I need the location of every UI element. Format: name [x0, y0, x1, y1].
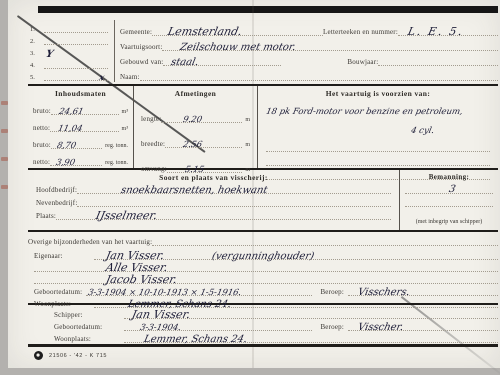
measure-field: 24,61 — [51, 101, 119, 115]
list-item: 3. Y — [30, 46, 108, 57]
list-number: 4. — [30, 62, 44, 69]
identity-fields: Gemeente: Lemsterland. Letterteeken en n… — [115, 20, 498, 82]
beroep-field: Visscher. — [348, 319, 498, 331]
geboortedatum-label: Geboortedatum: — [54, 323, 124, 331]
measure-field: 2.56 — [165, 132, 242, 148]
measure-value: 24,61 — [58, 107, 84, 117]
measure-row: lengte: 9.20 m — [141, 108, 250, 123]
dotted-line — [266, 138, 490, 152]
print-code: 21506 - '42 - K 715 — [49, 353, 107, 359]
nevenbedrijf-label: Nevenbedrijf: — [36, 199, 77, 207]
measure-row: bruto: 24,61 m³ — [33, 102, 128, 115]
naam-row: Naam: — [120, 67, 498, 81]
naam-field — [140, 66, 498, 81]
geboortedatum-field: 3-3-1904. — [124, 319, 312, 331]
measure-field: 9.20 — [161, 107, 242, 123]
gebouwd-van-field: staal. — [163, 51, 281, 66]
owner-row-1: Eigenaar: Jan Visser. (vergunninghouder) — [34, 249, 498, 260]
dotted-line — [44, 57, 108, 69]
geboortedatum-field: 3-3-1904 × 10-10-1913 × 1-5-1916. — [86, 284, 312, 296]
measure-field: 3,90 — [50, 152, 102, 166]
measure-label: netto: — [33, 124, 50, 132]
afmetingen-title: Afmetingen — [141, 89, 250, 98]
crew-column: Bemanning: 3 (met inbegrip van schipper) — [400, 170, 498, 230]
measure-label: netto: — [33, 158, 50, 166]
geboortedatum-label: Geboortedatum: — [34, 288, 82, 296]
paper-sheet: 1. 2. 3. Y 4. 5. — [8, 0, 500, 368]
gebouwd-row: Gebouwd van: staal. Bouwjaar: — [120, 52, 498, 66]
red-scan-mark — [1, 129, 8, 133]
scan-top-bar — [38, 6, 498, 13]
gemeente-label: Gemeente: — [120, 28, 152, 36]
measure-value: 8,70 — [56, 141, 77, 151]
dotted-line — [405, 194, 493, 207]
nevenbedrijf-row: Nevenbedrijf: — [36, 195, 391, 207]
skipper-residence-row: Woonplaats: Lemmer, Schans 24. — [54, 332, 498, 343]
plaats-value: IJsselmeer. — [95, 209, 159, 222]
eigenaar-field: Alle Visser. — [34, 260, 498, 272]
measure-field: 8,70 — [51, 135, 102, 149]
owner-section: Eigenaar: Jan Visser. (vergunninghouder)… — [28, 247, 498, 305]
measure-unit: reg. tonn. — [105, 160, 128, 166]
beroep-field: Visschers. — [348, 284, 498, 296]
printer-mark-icon — [34, 351, 43, 360]
measure-unit: reg. tonn. — [105, 143, 128, 149]
skipper-section: Schipper: Jan Visser. Geboortedatum: 3-3… — [28, 305, 498, 347]
dotted-line — [44, 21, 108, 33]
measure-row: breedte: 2.56 m — [141, 133, 250, 148]
list-number: 5. — [30, 74, 44, 81]
other-particulars-row: Overige bijzonderheden van het vaartuig: — [28, 236, 498, 246]
afmetingen-column: Afmetingen lengte: 9.20 m breedte: 2.56 … — [134, 86, 258, 168]
bemanning-note: (met inbegrip van schipper) — [400, 219, 498, 225]
equipment-line1: 18 pk Ford-motor voor benzine en petrole… — [265, 107, 464, 117]
vaartuigsoort-field: Zeilschouw met motor. — [162, 36, 498, 51]
bemanning-value: 3 — [448, 184, 457, 195]
bouwjaar-label: Bouwjaar: — [347, 58, 378, 66]
overige-label: Overige bijzonderheden van het vaartuig: — [28, 238, 152, 246]
fishery-section: Soort en plaats van visscherij: Hoofdbed… — [28, 170, 498, 232]
owner-birthdate-row: Geboortedatum: 3-3-1904 × 10-10-1913 × 1… — [34, 285, 498, 296]
list-item: 2. — [30, 34, 108, 45]
measure-label: bruto: — [33, 107, 51, 115]
hoofdbedrijf-label: Hoofdbedrijf: — [36, 186, 77, 194]
measure-label: breedte: — [141, 140, 165, 148]
eigenaar-field: Jacob Visser. — [34, 272, 498, 284]
measure-value: 11,04 — [57, 124, 83, 134]
letterteeken-field: L. E. 5. — [398, 21, 498, 36]
list-item: 4. — [30, 58, 108, 69]
schipper-label: Schipper: — [54, 311, 124, 319]
skipper-row: Schipper: Jan Visser. — [54, 308, 498, 319]
gemeente-row: Gemeente: Lemsterland. Letterteeken en n… — [120, 22, 498, 36]
vaartuigsoort-label: Vaartuigsoort: — [120, 43, 162, 51]
nevenbedrijf-field — [77, 194, 391, 207]
measure-label: bruto: — [33, 141, 51, 149]
naam-label: Naam: — [120, 73, 140, 81]
overige-field — [152, 235, 498, 246]
equipment-line2: 4 cyl. — [410, 126, 435, 136]
dotted-line — [44, 33, 108, 45]
plaats-row: Plaats: IJsselmeer. — [36, 208, 391, 220]
dotted-line — [266, 152, 490, 166]
eigenaar-label: Eigenaar: — [34, 252, 94, 260]
beroep-label: Beroep: — [320, 288, 344, 296]
skipper-birthdate-row: Geboortedatum: 3-3-1904. Beroep: Vissche… — [54, 320, 498, 331]
measure-value: 9.20 — [182, 115, 203, 125]
fishery-column: Soort en plaats van visscherij: Hoofdbed… — [28, 170, 400, 230]
measure-value: 3,90 — [55, 158, 76, 168]
equipment-title: Het vaartuig is voorzien van: — [264, 89, 492, 98]
plaats-label: Plaats: — [36, 212, 56, 220]
list-item: 5. x — [30, 70, 108, 81]
bouwjaar-field — [378, 51, 498, 66]
inhoudsmaten-column: Inhoudsmaten bruto: 24,61 m³ netto: 11,0… — [28, 86, 134, 168]
bemanning-label: Bemanning: — [405, 173, 493, 181]
measure-row: bruto: 8,70 reg. tonn. — [33, 136, 128, 149]
red-scan-mark — [1, 185, 8, 189]
numbered-list: 1. 2. 3. Y 4. 5. — [28, 20, 115, 82]
footer: 21506 - '42 - K 715 — [34, 351, 107, 360]
measure-row: netto: 11,04 m³ — [33, 119, 128, 132]
plaats-field: IJsselmeer. — [56, 207, 391, 220]
owner-row-3: Jacob Visser. — [34, 273, 498, 284]
handwritten-mark-x: x — [98, 73, 105, 83]
beroep-label: Beroep: — [320, 323, 344, 331]
scanned-registration-card: 1. 2. 3. Y 4. 5. — [0, 0, 500, 375]
hoofdbedrijf-field: snoekbaarsnetten, hoekwant — [77, 181, 391, 194]
measure-unit: m — [245, 142, 250, 148]
red-scan-mark — [1, 157, 8, 161]
list-number: 3. — [30, 50, 44, 57]
gemeente-field: Lemsterland. — [152, 21, 323, 36]
schipper-field: Jan Visser. — [124, 307, 498, 319]
letterteeken-label: Letterteeken en nummer: — [323, 28, 398, 36]
eigenaar-field: Jan Visser. (vergunninghouder) — [94, 248, 498, 260]
woonplaats-label: Woonplaats: — [54, 335, 124, 343]
dotted-line: Y — [44, 46, 108, 57]
vaartuigsoort-row: Vaartuigsoort: Zeilschouw met motor. — [120, 37, 498, 51]
hoofdbedrijf-row: Hoofdbedrijf: snoekbaarsnetten, hoekwant — [36, 182, 391, 194]
measure-unit: m³ — [122, 109, 128, 115]
measure-label: lengte: — [141, 115, 161, 123]
inhoudsmaten-title: Inhoudsmaten — [33, 89, 128, 98]
measure-unit: m³ — [122, 126, 128, 132]
gebouwd-van-label: Gebouwd van: — [120, 58, 163, 66]
owner-row-2: Alle Visser. — [34, 261, 498, 272]
measure-unit: m — [245, 117, 250, 123]
dotted-line: x — [44, 69, 108, 81]
woonplaats-value: Lemmer, Schans 24. — [143, 334, 248, 345]
header-section: 1. 2. 3. Y 4. 5. — [28, 20, 498, 82]
woonplaats-field: Lemmer, Schans 24. — [124, 331, 498, 343]
list-number: 2. — [30, 38, 44, 45]
measure-field: 11,04 — [50, 118, 118, 132]
measure-row: netto: 3,90 reg. tonn. — [33, 153, 128, 166]
equipment-column: Het vaartuig is voorzien van: 18 pk Ford… — [258, 86, 498, 168]
list-item: 1. — [30, 22, 108, 33]
measure-value: 2.56 — [182, 140, 203, 150]
measurements-section: Inhoudsmaten bruto: 24,61 m³ netto: 11,0… — [28, 84, 498, 170]
red-scan-mark — [1, 101, 8, 105]
list-number: 1. — [30, 26, 44, 33]
